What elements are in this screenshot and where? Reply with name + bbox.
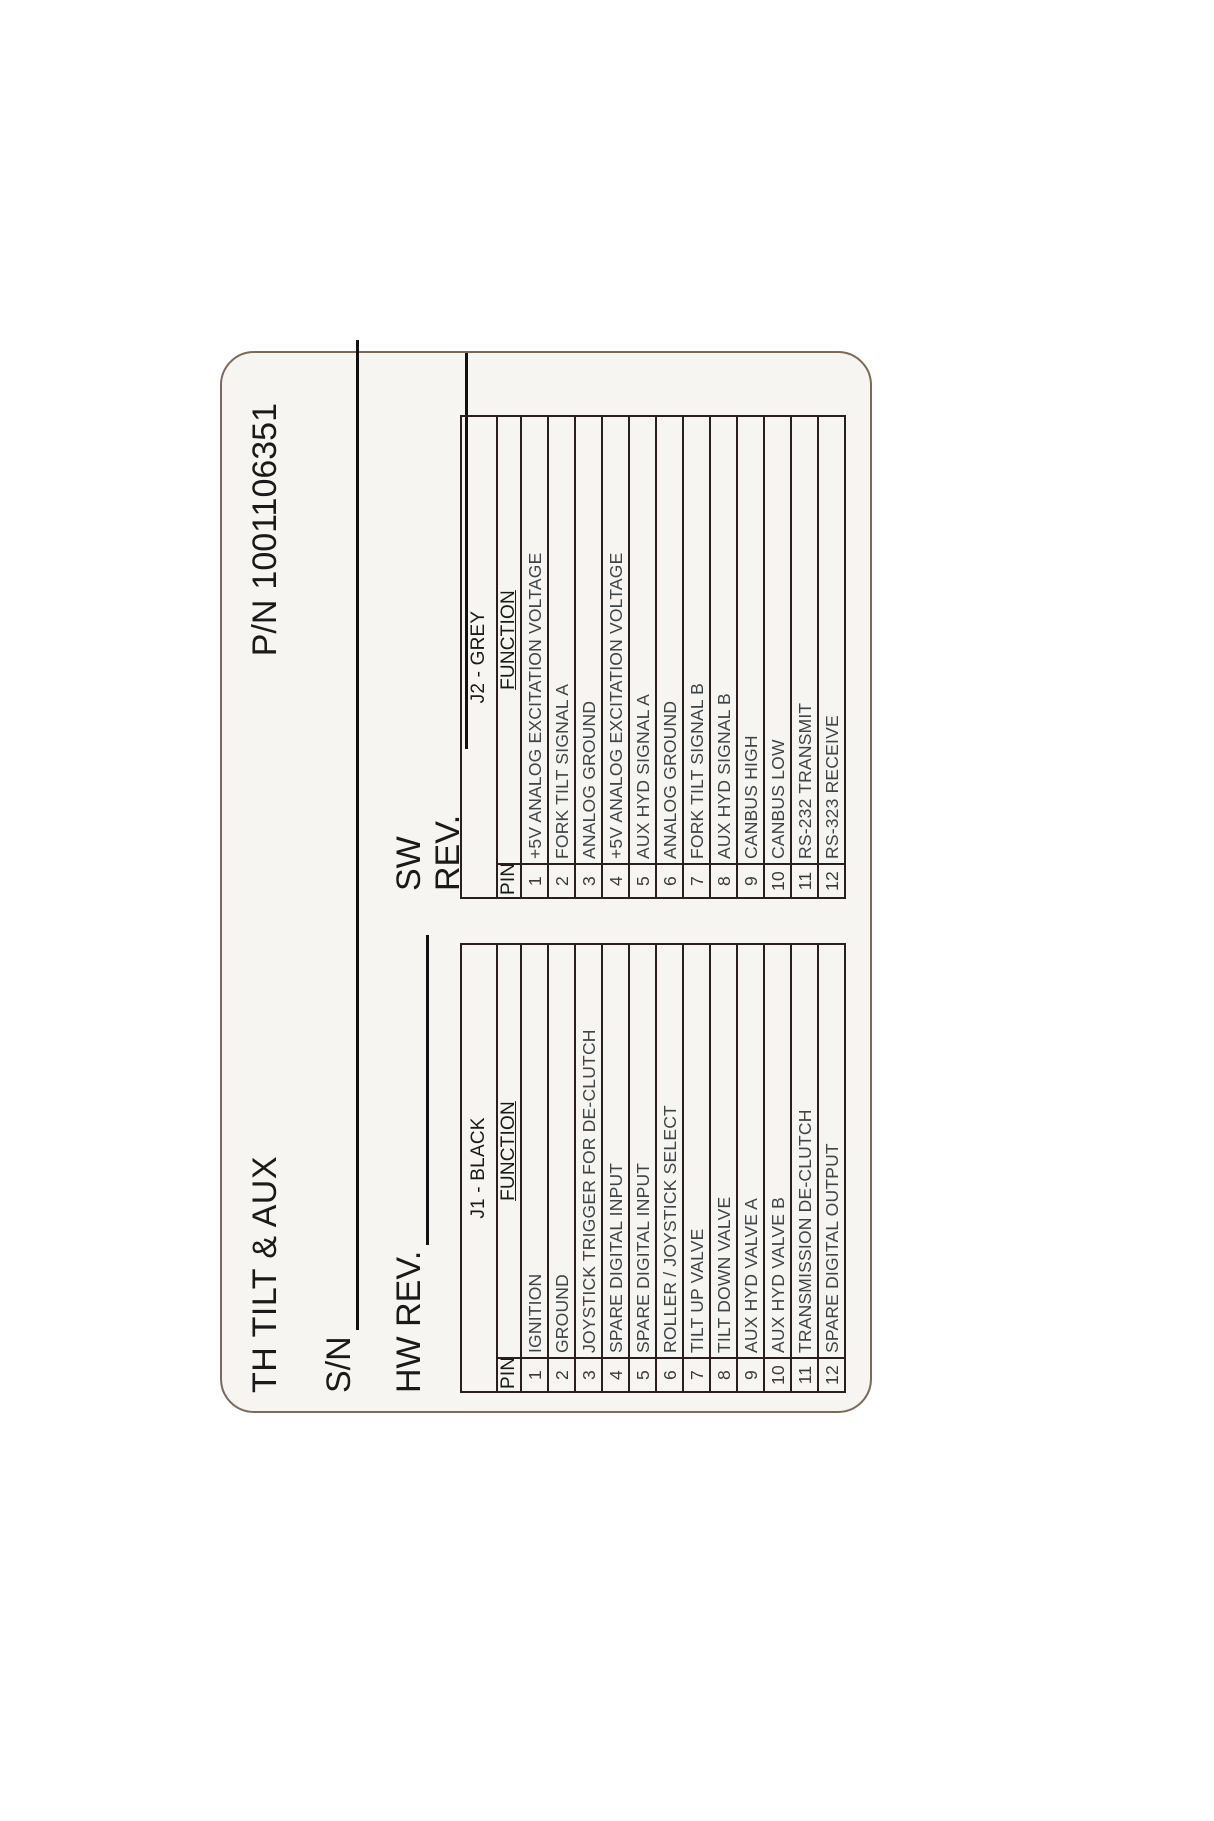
- table-row: 9CANBUS HIGH: [737, 416, 764, 898]
- pin-number: 9: [737, 1358, 764, 1392]
- table-row: 2FORK TILT SIGNAL A: [548, 416, 575, 898]
- pin-function: SPARE DIGITAL INPUT: [602, 944, 629, 1358]
- j1-function-header: FUNCTION: [497, 944, 521, 1358]
- table-row: 11TRANSMISSION DE-CLUTCH: [791, 944, 818, 1392]
- pin-function: AUX HYD SIGNAL A: [629, 416, 656, 864]
- table-row: 7FORK TILT SIGNAL B: [683, 416, 710, 898]
- pin-function: JOYSTICK TRIGGER FOR DE-CLUTCH: [575, 944, 602, 1358]
- pin-function: SPARE DIGITAL INPUT: [629, 944, 656, 1358]
- sw-rev-field: SW REV.: [390, 353, 468, 891]
- pin-number: 3: [575, 864, 602, 898]
- pin-number: 5: [629, 1358, 656, 1392]
- j2-connector-heading: J2 - GREY: [461, 416, 497, 898]
- pin-function: RS-323 RECEIVE: [818, 416, 845, 864]
- pin-number: 7: [683, 1358, 710, 1392]
- pin-number: 10: [764, 1358, 791, 1392]
- pin-function: ROLLER / JOYSTICK SELECT: [656, 944, 683, 1358]
- pin-number: 12: [818, 1358, 845, 1392]
- serial-number-field: S/N: [320, 340, 359, 1393]
- table-row: 4SPARE DIGITAL INPUT: [602, 944, 629, 1392]
- pin-number: 1: [521, 864, 548, 898]
- label-content: TH TILT & AUX P/N 1001106351 S/N HW REV.…: [222, 353, 870, 1411]
- j2-pinout-table: J2 - GREY PIN FUNCTION 1+5V ANALOG EXCIT…: [460, 415, 846, 899]
- pin-function: ANALOG GROUND: [575, 416, 602, 864]
- table-row: 3JOYSTICK TRIGGER FOR DE-CLUTCH: [575, 944, 602, 1392]
- pin-function: FORK TILT SIGNAL B: [683, 416, 710, 864]
- pin-number: 11: [791, 864, 818, 898]
- j1-pinout-table: J1 - BLACK PIN FUNCTION 1IGNITION 2GROUN…: [460, 943, 846, 1393]
- serial-number-label: S/N: [320, 1336, 359, 1393]
- pinout-label-card: TH TILT & AUX P/N 1001106351 S/N HW REV.…: [220, 351, 872, 1413]
- pin-function: TILT UP VALVE: [683, 944, 710, 1358]
- pin-number: 6: [656, 1358, 683, 1392]
- pin-function: AUX HYD VALVE B: [764, 944, 791, 1358]
- pin-function: AUX HYD VALVE A: [737, 944, 764, 1358]
- pin-number: 1: [521, 1358, 548, 1392]
- pin-function: GROUND: [548, 944, 575, 1358]
- table-row: 2GROUND: [548, 944, 575, 1392]
- pin-number: 7: [683, 864, 710, 898]
- j1-connector-heading: J1 - BLACK: [461, 944, 497, 1392]
- table-row: 8AUX HYD SIGNAL B: [710, 416, 737, 898]
- pin-number: 11: [791, 1358, 818, 1392]
- table-row: 1+5V ANALOG EXCITATION VOLTAGE: [521, 416, 548, 898]
- pin-number: 3: [575, 1358, 602, 1392]
- pin-number: 2: [548, 864, 575, 898]
- table-row: 10CANBUS LOW: [764, 416, 791, 898]
- pin-number: 12: [818, 864, 845, 898]
- pin-function: CANBUS LOW: [764, 416, 791, 864]
- part-number-prefix: P/N: [246, 600, 285, 657]
- table-row: 10AUX HYD VALVE B: [764, 944, 791, 1392]
- sw-rev-label: SW REV.: [390, 755, 468, 891]
- pin-number: 10: [764, 864, 791, 898]
- label-title: TH TILT & AUX: [246, 1156, 285, 1393]
- j2-pin-header: PIN: [497, 864, 521, 898]
- pin-function: AUX HYD SIGNAL B: [710, 416, 737, 864]
- table-row: 12RS-323 RECEIVE: [818, 416, 845, 898]
- table-row: 6ROLLER / JOYSTICK SELECT: [656, 944, 683, 1392]
- table-row: 9AUX HYD VALVE A: [737, 944, 764, 1392]
- table-row: 4+5V ANALOG EXCITATION VOLTAGE: [602, 416, 629, 898]
- pin-function: RS-232 TRANSMIT: [791, 416, 818, 864]
- pin-number: 6: [656, 864, 683, 898]
- hw-rev-blank: [396, 935, 429, 1245]
- pin-function: TILT DOWN VALVE: [710, 944, 737, 1358]
- part-number: P/N 1001106351: [246, 403, 285, 656]
- table-row: 5SPARE DIGITAL INPUT: [629, 944, 656, 1392]
- table-row: 6ANALOG GROUND: [656, 416, 683, 898]
- j2-function-header: FUNCTION: [497, 416, 521, 864]
- hw-rev-label: HW REV.: [390, 1251, 429, 1393]
- pin-function: IGNITION: [521, 944, 548, 1358]
- pin-number: 8: [710, 864, 737, 898]
- table-row: 8TILT DOWN VALVE: [710, 944, 737, 1392]
- serial-number-blank: [326, 340, 359, 1330]
- pin-function: ANALOG GROUND: [656, 416, 683, 864]
- table-row: 12SPARE DIGITAL OUTPUT: [818, 944, 845, 1392]
- j1-pin-header: PIN: [497, 1358, 521, 1392]
- pin-function: CANBUS HIGH: [737, 416, 764, 864]
- pin-number: 9: [737, 864, 764, 898]
- table-row: 1IGNITION: [521, 944, 548, 1392]
- pin-function: FORK TILT SIGNAL A: [548, 416, 575, 864]
- pin-function: +5V ANALOG EXCITATION VOLTAGE: [602, 416, 629, 864]
- table-row: 5AUX HYD SIGNAL A: [629, 416, 656, 898]
- pin-number: 8: [710, 1358, 737, 1392]
- pin-number: 2: [548, 1358, 575, 1392]
- pin-number: 5: [629, 864, 656, 898]
- pin-number: 4: [602, 1358, 629, 1392]
- hw-rev-field: HW REV.: [390, 935, 429, 1393]
- pin-function: +5V ANALOG EXCITATION VOLTAGE: [521, 416, 548, 864]
- table-row: 11RS-232 TRANSMIT: [791, 416, 818, 898]
- table-row: 7TILT UP VALVE: [683, 944, 710, 1392]
- pin-function: TRANSMISSION DE-CLUTCH: [791, 944, 818, 1358]
- part-number-value: 1001106351: [246, 403, 285, 590]
- table-row: 3ANALOG GROUND: [575, 416, 602, 898]
- pin-function: SPARE DIGITAL OUTPUT: [818, 944, 845, 1358]
- pin-number: 4: [602, 864, 629, 898]
